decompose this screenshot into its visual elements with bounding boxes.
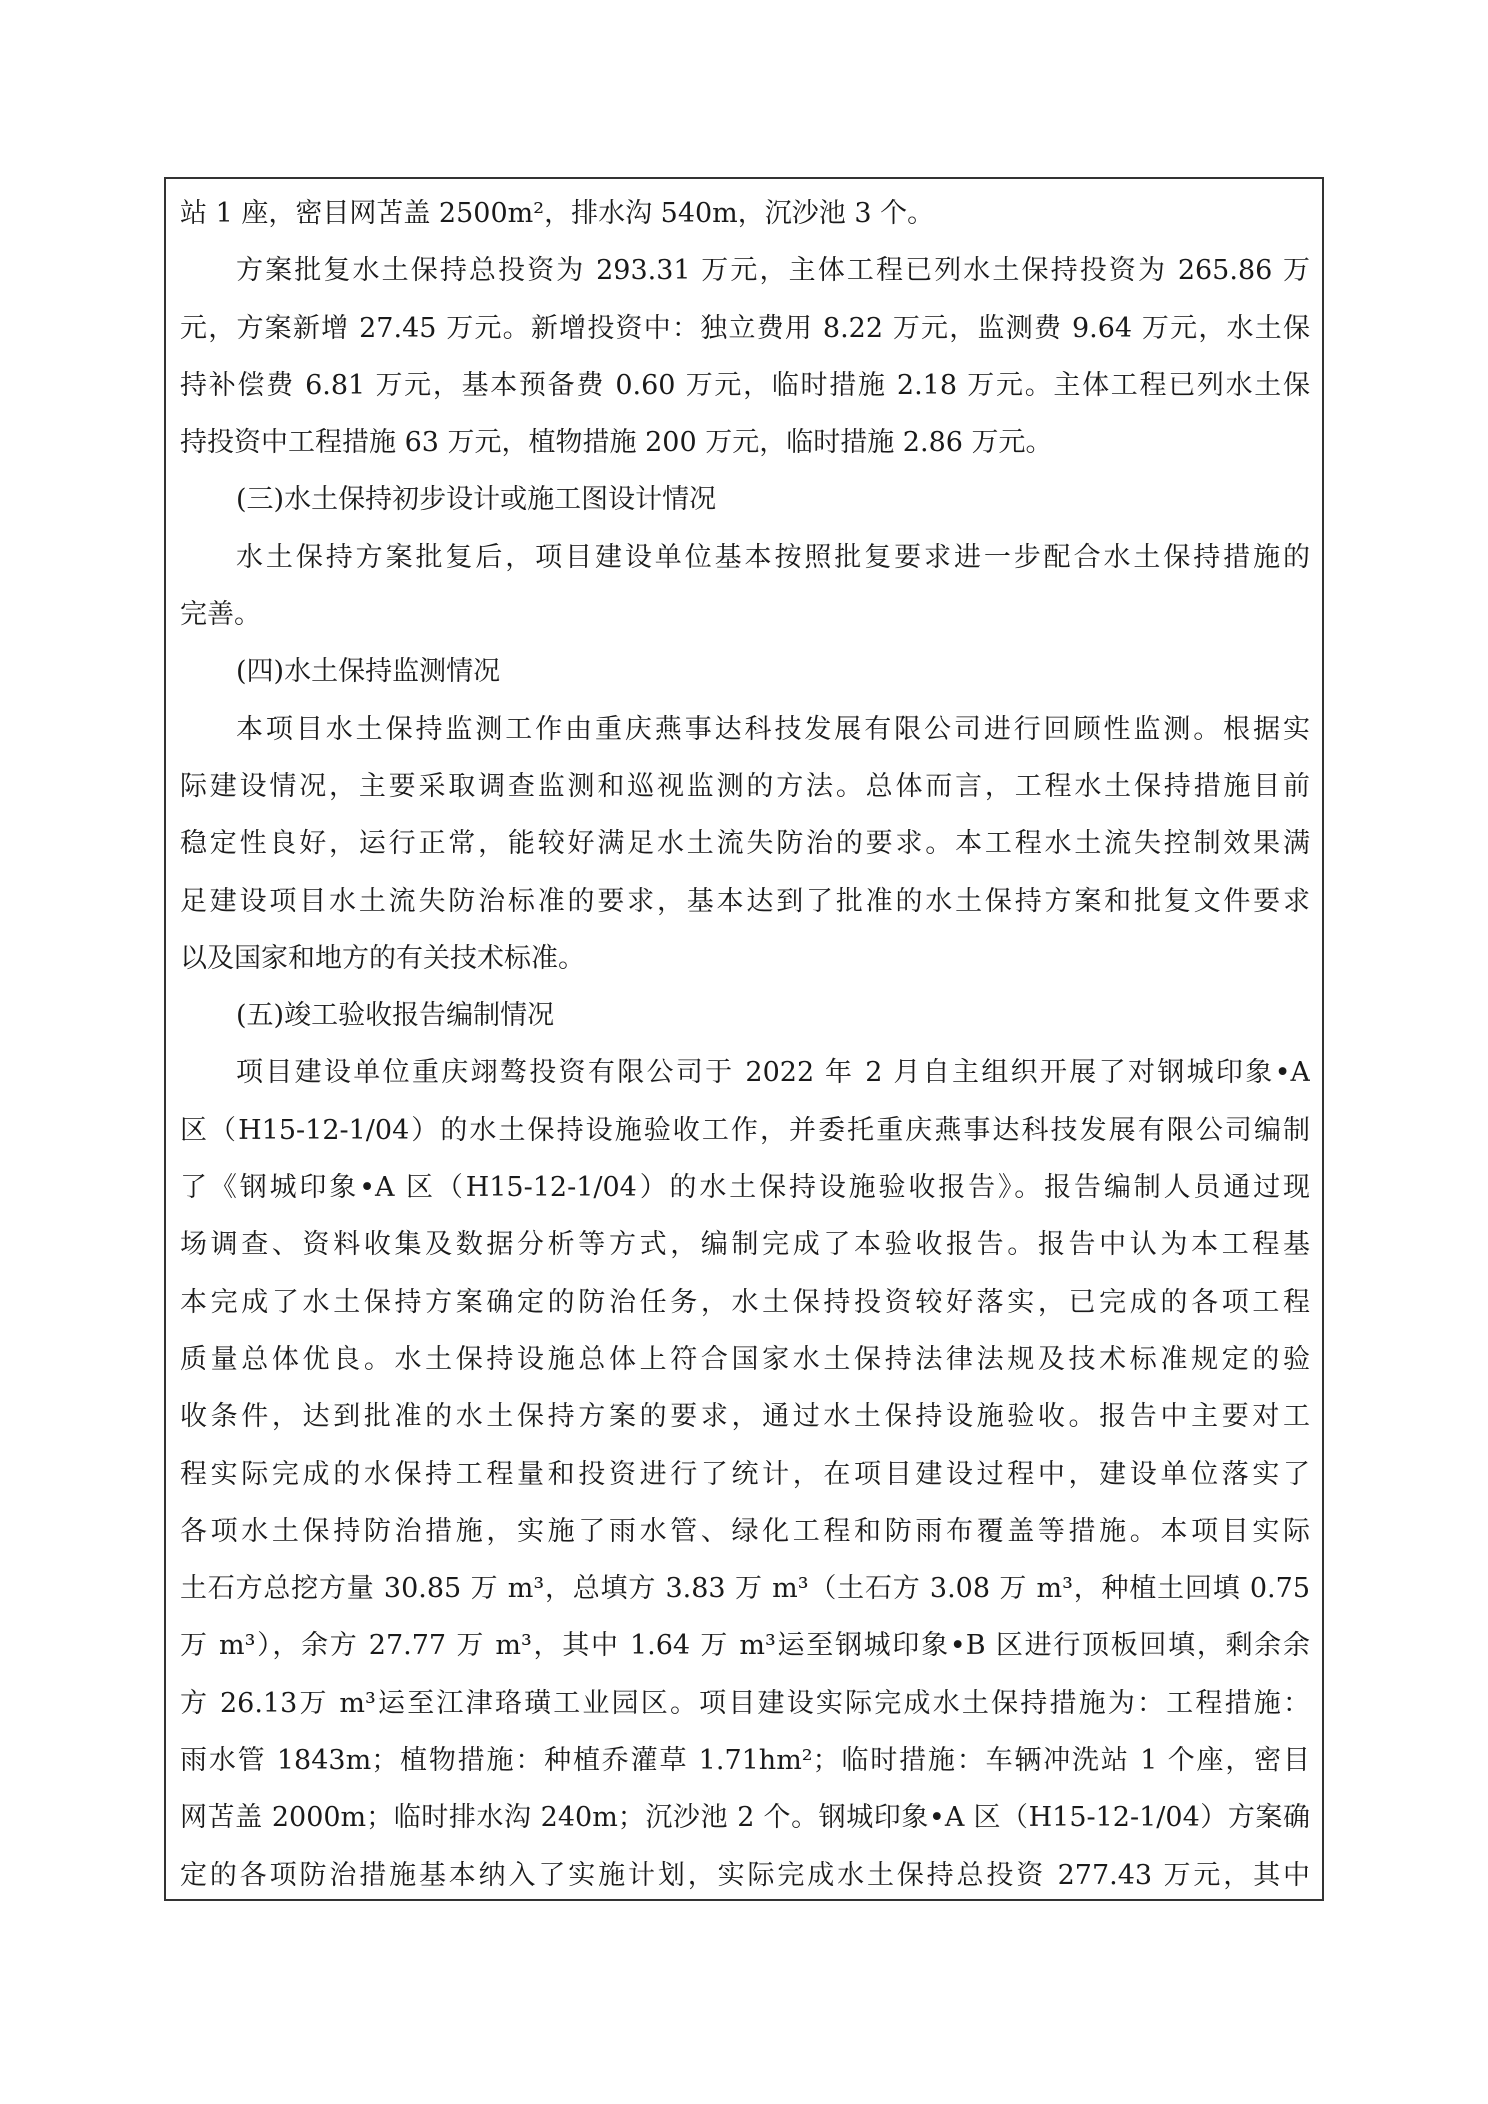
paragraph-line: 质量总体优良。水土保持设施总体上符合国家水土保持法律法规及技术标准规定的验 — [180, 1331, 1310, 1388]
paragraph-line: 际建设情况，主要采取调查监测和巡视监测的方法。总体而言，工程水土保持措施目前 — [180, 758, 1310, 815]
paragraph-line: 本项目水土保持监测工作由重庆燕事达科技发展有限公司进行回顾性监测。根据实 — [180, 701, 1310, 758]
paragraph-line: 收条件，达到批准的水土保持方案的要求，通过水土保持设施验收。报告中主要对工 — [180, 1388, 1310, 1445]
paragraph-line: 本完成了水土保持方案确定的防治任务，水土保持投资较好落实，已完成的各项工程 — [180, 1274, 1310, 1331]
paragraph-line: 定的各项防治措施基本纳入了实施计划，实际完成水土保持总投资 277.43 万元，… — [180, 1847, 1310, 1904]
paragraph-line: 程实际完成的水保持工程量和投资进行了统计，在项目建设过程中，建设单位落实了 — [180, 1446, 1310, 1503]
document-body: 站 1 座，密目网苫盖 2500m²，排水沟 540m，沉沙池 3 个。 方案批… — [180, 185, 1310, 1904]
paragraph-line: 项目建设单位重庆翊骜投资有限公司于 2022 年 2 月自主组织开展了对钢城印象… — [180, 1044, 1310, 1101]
paragraph-line: 了《钢城印象•A 区（H15-12-1/04）的水土保持设施验收报告》。报告编制… — [180, 1159, 1310, 1216]
paragraph-line: 稳定性良好，运行正常，能较好满足水土流失防治的要求。本工程水土流失控制效果满 — [180, 815, 1310, 872]
section-heading-3: (三)水土保持初步设计或施工图设计情况 — [180, 471, 1310, 528]
paragraph-line: 场调查、资料收集及数据分析等方式，编制完成了本验收报告。报告中认为本工程基 — [180, 1216, 1310, 1273]
paragraph-line: 雨水管 1843m；植物措施：种植乔灌草 1.71hm²；临时措施：车辆冲洗站 … — [180, 1732, 1310, 1789]
paragraph-line: 方案批复水土保持总投资为 293.31 万元，主体工程已列水土保持投资为 265… — [180, 242, 1310, 299]
section-heading-5: (五)竣工验收报告编制情况 — [180, 987, 1310, 1044]
section-heading-4: (四)水土保持监测情况 — [180, 643, 1310, 700]
paragraph-line: 网苫盖 2000m；临时排水沟 240m；沉沙池 2 个。钢城印象•A 区（H1… — [180, 1789, 1310, 1846]
paragraph-line: 各项水土保持防治措施，实施了雨水管、绿化工程和防雨布覆盖等措施。本项目实际 — [180, 1503, 1310, 1560]
paragraph-line: 区（H15-12-1/04）的水土保持设施验收工作，并委托重庆燕事达科技发展有限… — [180, 1102, 1310, 1159]
paragraph-line: 方 26.13万 m³运至江津珞璜工业园区。项目建设实际完成水土保持措施为：工程… — [180, 1675, 1310, 1732]
paragraph-line: 足建设项目水土流失防治标准的要求，基本达到了批准的水土保持方案和批复文件要求 — [180, 873, 1310, 930]
paragraph-line: 万 m³），余方 27.77 万 m³，其中 1.64 万 m³运至钢城印象•B… — [180, 1617, 1310, 1674]
paragraph-line: 站 1 座，密目网苫盖 2500m²，排水沟 540m，沉沙池 3 个。 — [180, 185, 1310, 242]
paragraph-line: 元，方案新增 27.45 万元。新增投资中：独立费用 8.22 万元，监测费 9… — [180, 300, 1310, 357]
paragraph-line: 以及国家和地方的有关技术标准。 — [180, 930, 1310, 987]
paragraph-line: 水土保持方案批复后，项目建设单位基本按照批复要求进一步配合水土保持措施的 — [180, 529, 1310, 586]
document-page: 站 1 座，密目网苫盖 2500m²，排水沟 540m，沉沙池 3 个。 方案批… — [0, 0, 1488, 2104]
paragraph-line: 持补偿费 6.81 万元，基本预备费 0.60 万元，临时措施 2.18 万元。… — [180, 357, 1310, 414]
paragraph-line: 持投资中工程措施 63 万元，植物措施 200 万元，临时措施 2.86 万元。 — [180, 414, 1310, 471]
paragraph-line: 完善。 — [180, 586, 1310, 643]
paragraph-line: 土石方总挖方量 30.85 万 m³，总填方 3.83 万 m³（土石方 3.0… — [180, 1560, 1310, 1617]
